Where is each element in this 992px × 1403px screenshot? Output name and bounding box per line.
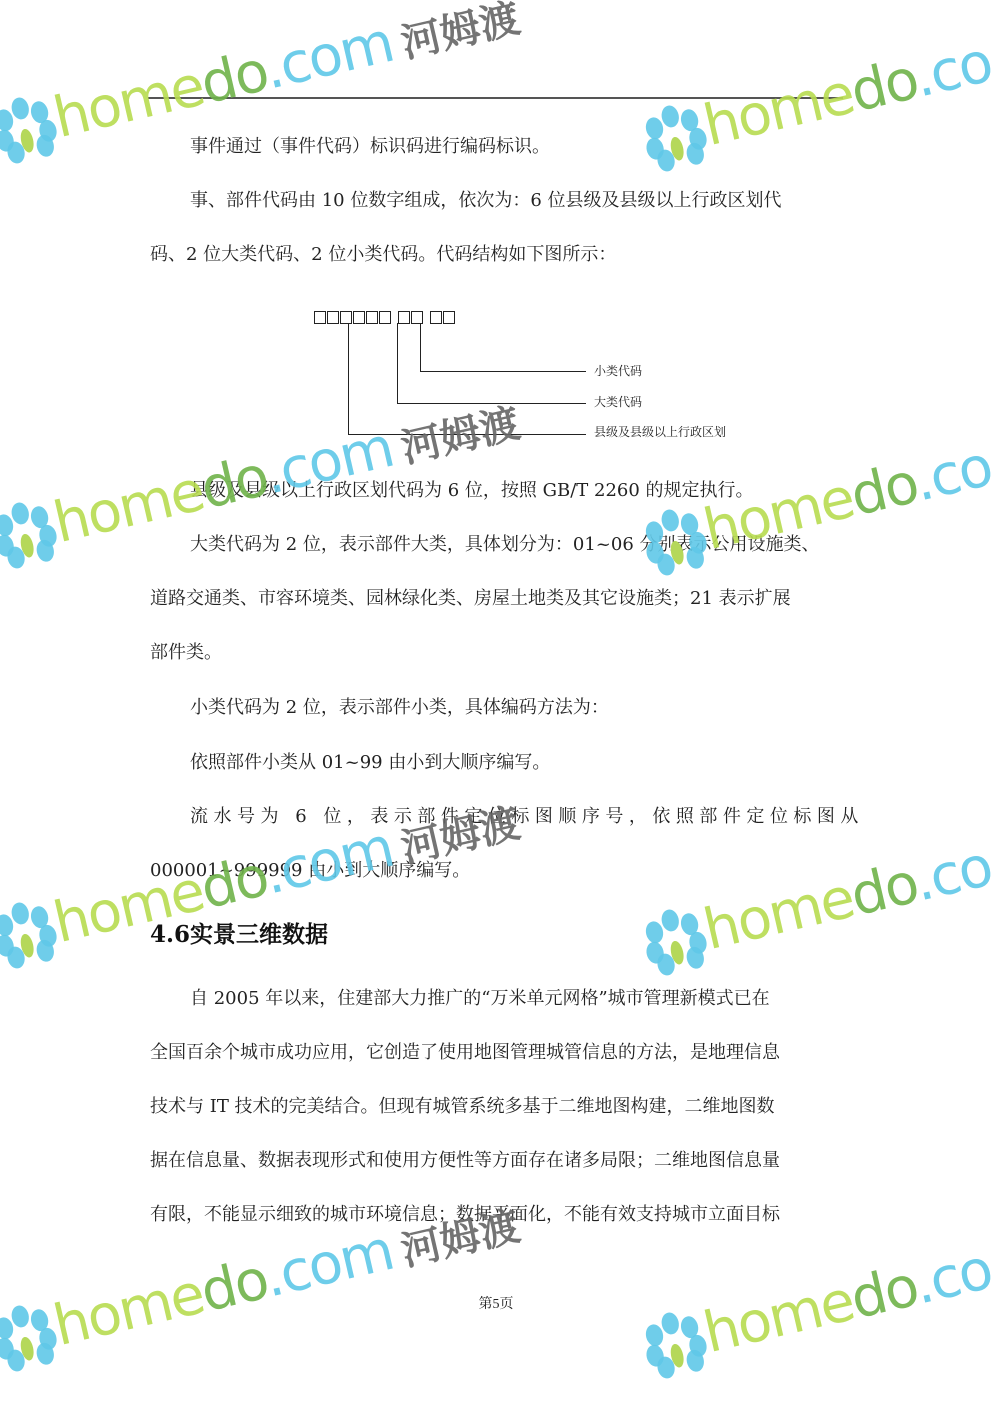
paragraph: 自 2005 年以来，住建部大力推广的“万米单元网格”城市管理新模式已在 全国百…: [150, 972, 843, 1242]
flower-logo-icon: [638, 1306, 712, 1380]
diagram-label-admin-division: 县级及县级以上行政区划: [594, 423, 726, 440]
text-line: 流水号为 6 位，表示部件定位标图顺序号，依照部件定位标图从: [150, 790, 843, 844]
section-heading: 4.6实景三维数据: [150, 916, 328, 949]
paragraph: 县级及县级以上行政区划代码为 6 位，按照 GB/T 2260 的规定执行。: [150, 464, 843, 518]
paragraph: 事、部件代码由 10 位数字组成，依次为：6 位县级及县级以上行政区划代 码、2…: [150, 174, 843, 282]
text-line: 有限，不能显示细致的城市环境信息；数据平面化，不能有效支持城市立面目标: [150, 1188, 843, 1242]
header-rule: [148, 97, 843, 99]
paragraph: 依照部件小类从 01~99 由小到大顺序编写。: [150, 736, 843, 790]
flower-logo-icon: [0, 896, 62, 970]
code-digit-boxes: [314, 309, 456, 325]
page-number: 第5页: [0, 1293, 992, 1313]
text-line: 部件类。: [150, 626, 843, 680]
connector-line: [397, 403, 586, 404]
text-line: 000001~999999 由小到大顺序编写。: [150, 844, 843, 898]
flower-logo-icon: [638, 903, 712, 977]
paragraph: 事件通过（事件代码）标识码进行编码标识。: [150, 120, 843, 174]
diagram-label-large-class: 大类代码: [594, 393, 642, 410]
document-page: 事件通过（事件代码）标识码进行编码标识。 事、部件代码由 10 位数字组成，依次…: [0, 0, 992, 1403]
text-line: 技术与 IT 技术的完美结合。但现有城管系统多基于二维地图构建，二维地图数: [150, 1080, 843, 1134]
connector-line: [348, 434, 586, 435]
connector-line: [348, 323, 349, 434]
text-line: 县级及县级以上行政区划代码为 6 位，按照 GB/T 2260 的规定执行。: [150, 464, 843, 518]
text-line: 自 2005 年以来，住建部大力推广的“万米单元网格”城市管理新模式已在: [150, 972, 843, 1026]
text-line: 码、2 位大类代码、2 位小类代码。代码结构如下图所示：: [150, 228, 843, 282]
text-line: 全国百余个城市成功应用，它创造了使用地图管理城管信息的方法，是地理信息: [150, 1026, 843, 1080]
text-line: 依照部件小类从 01~99 由小到大顺序编写。: [150, 736, 843, 790]
text-line: 据在信息量、数据表现形式和使用方便性等方面存在诸多局限；二维地图信息量: [150, 1134, 843, 1188]
paragraph: 流水号为 6 位，表示部件定位标图顺序号，依照部件定位标图从 000001~99…: [150, 790, 843, 898]
flower-logo-icon: [0, 496, 62, 570]
text-line: 小类代码为 2 位，表示部件小类，具体编码方法为：: [150, 681, 843, 735]
diagram-label-small-class: 小类代码: [594, 362, 642, 379]
connector-line: [420, 323, 421, 371]
connector-line: [420, 371, 586, 372]
code-structure-diagram: 小类代码 大类代码 县级及县级以上行政区划: [310, 305, 730, 445]
text-line: 道路交通类、市容环境类、园林绿化类、房屋土地类及其它设施类；21 表示扩展: [150, 572, 843, 626]
paragraph: 大类代码为 2 位，表示部件大类，具体划分为：01~06 分别表示公用设施类、 …: [150, 518, 843, 680]
text-line: 事、部件代码由 10 位数字组成，依次为：6 位县级及县级以上行政区划代: [150, 174, 843, 228]
flower-logo-icon: [0, 91, 62, 165]
connector-line: [397, 323, 398, 403]
text-line: 大类代码为 2 位，表示部件大类，具体划分为：01~06 分别表示公用设施类、: [150, 518, 843, 572]
text-line: 事件通过（事件代码）标识码进行编码标识。: [150, 120, 843, 174]
paragraph: 小类代码为 2 位，表示部件小类，具体编码方法为：: [150, 681, 843, 735]
